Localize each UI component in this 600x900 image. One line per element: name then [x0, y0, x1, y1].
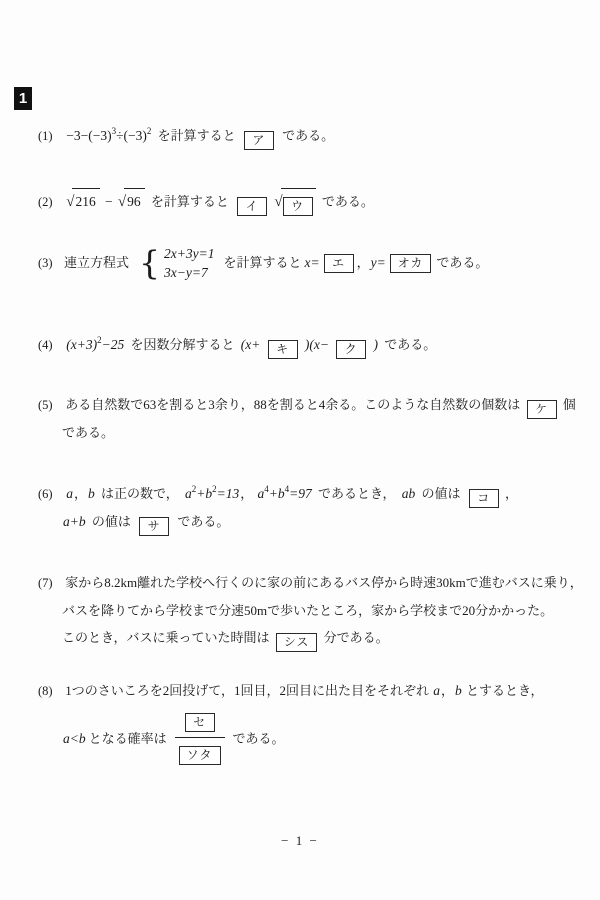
problem-6-text-4: の値は [92, 514, 131, 529]
radicand: 96 [124, 188, 145, 214]
comma: ， [240, 486, 253, 501]
answer-box-ki: キ [268, 340, 298, 359]
problem-8-text-end: である。 [233, 725, 285, 752]
page-number: − 1 − [0, 833, 600, 849]
problem-7-line-1: (7) 家から8.2km離れた学校へ行くのに家の前にあるバス停から時速30kmで… [38, 569, 583, 597]
problem-8-text-3: となる確率は [89, 725, 167, 752]
answer-box-u: ウ [283, 197, 313, 216]
probability-fraction: セ ソタ [175, 708, 225, 768]
problem-4: (4) (x+3)2−25 を因数分解すると (x+ キ )(x− ク ) であ… [38, 333, 438, 359]
comma: ， [505, 486, 518, 501]
answer-box-sa: サ [139, 517, 169, 536]
comma: ， [74, 486, 87, 501]
problem-4-text: を因数分解すると [130, 337, 234, 352]
problem-5-line-2: である。 [38, 419, 576, 446]
expr-part: (x+3) [66, 337, 97, 352]
exam-page: 1 (1) −3−(−3)3÷(−3)2 を計算すると ア である。 (2) √… [0, 0, 600, 900]
answer-box-sota: ソタ [179, 746, 221, 765]
sqrt-216: √216 [66, 188, 99, 214]
exponent: 2 [97, 335, 102, 345]
problem-5-line-1: (5) ある自然数で63を割ると3余り，88を割ると4余る。このような自然数の個… [38, 391, 576, 419]
problem-6-number: (6) [38, 481, 60, 508]
fraction-denominator: ソタ [175, 737, 225, 768]
var-ab: ab [402, 486, 416, 501]
problem-5-unit: 個 [563, 397, 576, 412]
answer-box-ke: ケ [527, 400, 557, 419]
answer-box-ku: ク [336, 340, 366, 359]
factor-left: (x+ [241, 337, 261, 352]
problem-3-number: (3) [38, 251, 60, 275]
equation-system: 2x+3y=1 3x−y=7 [163, 244, 215, 282]
var-a-plus-b: a+b [63, 514, 86, 529]
inequality-a-lt-b: a<b [63, 725, 86, 752]
problem-5-text-end: である。 [62, 425, 114, 440]
problem-4-text-end: である。 [384, 337, 436, 352]
problem-3-text: を計算すると [223, 251, 301, 275]
system-brace-icon: { [139, 244, 160, 282]
sqrt-96: √96 [118, 188, 145, 214]
problem-3: (3) 連立方程式 { 2x+3y=1 3x−y=7 を計算すると x= エ ，… [38, 244, 490, 282]
problem-1-expression: −3−(−3)3÷(−3)2 [66, 128, 151, 143]
problem-2-number: (2) [38, 190, 60, 214]
answer-box-se: セ [185, 713, 215, 732]
problem-7-text-end: 分である。 [324, 630, 389, 645]
problem-5-number: (5) [38, 392, 60, 419]
problem-3-text-end: である。 [436, 251, 488, 275]
problem-6-text-end: である。 [177, 514, 229, 529]
problem-8-text-2: とするとき， [466, 683, 543, 698]
var-b: b [88, 486, 95, 501]
problem-2-text-end: である。 [322, 194, 374, 209]
problem-2-text: を計算すると [151, 194, 229, 209]
expr-part: ÷(−3) [116, 128, 147, 143]
problem-7: (7) 家から8.2km離れた学校へ行くのに家の前にあるバス停から時速30kmで… [38, 569, 583, 652]
factor-mid: )(x− [305, 337, 329, 352]
answer-box-i: イ [237, 197, 267, 216]
problem-1-text: を計算すると [158, 128, 236, 143]
answer-box-a: ア [244, 131, 274, 150]
equation-1: 2x+3y=1 [164, 244, 214, 263]
comma: ， [357, 251, 370, 275]
problem-3-label: 連立方程式 [64, 251, 129, 275]
problem-1-number: (1) [38, 124, 60, 148]
problem-8: (8) 1つのさいころを2回投げて，1回目，2回目に出た目をそれぞれ a，b と… [38, 677, 544, 768]
problem-7-line-3: このとき，バスに乗っていた時間は シス 分である。 [38, 624, 583, 652]
radicand: 216 [72, 188, 99, 214]
problem-1-text-end: である。 [282, 128, 334, 143]
answer-box-oka: オカ [390, 254, 432, 273]
problem-7-text-2: バスを降りてから学校まで分速50mで歩いたところ，家から学校まで20分かかった。 [62, 603, 553, 618]
var-a: a [433, 683, 440, 698]
problem-4-number: (4) [38, 333, 60, 357]
factor-close: ) [373, 337, 378, 352]
problem-1: (1) −3−(−3)3÷(−3)2 を計算すると ア である。 [38, 124, 336, 150]
expr-part: =97 [289, 486, 312, 501]
equation-a2b2: a2+b2=13 [185, 486, 239, 501]
comma: ， [441, 683, 454, 698]
minus-sign: − [105, 194, 113, 209]
y-equals: y= [371, 251, 386, 275]
problem-8-line-1: (8) 1つのさいころを2回投げて，1回目，2回目に出た目をそれぞれ a，b と… [38, 677, 544, 705]
equation-2: 3x−y=7 [164, 263, 214, 282]
expr-part: +b [269, 486, 285, 501]
radicand: ウ [281, 188, 316, 216]
expr-part: =13 [217, 486, 240, 501]
expr-part: +b [196, 486, 212, 501]
problem-7-number: (7) [38, 570, 60, 597]
answer-box-ko: コ [469, 489, 499, 508]
problem-5: (5) ある自然数で63を割ると3余り，88を割ると4余る。このような自然数の個… [38, 391, 576, 446]
problem-5-text: ある自然数で63を割ると3余り，88を割ると4余る。このような自然数の個数は [65, 397, 520, 412]
sqrt-answer: √ウ [274, 188, 315, 216]
equation-a4b4: a4+b4=97 [258, 486, 312, 501]
var-b: b [455, 683, 462, 698]
exponent: 3 [112, 126, 117, 136]
radicand-value: 96 [127, 194, 141, 209]
expr-part: −25 [102, 337, 125, 352]
problem-2: (2) √216 − √96 を計算すると イ √ウ である。 [38, 188, 376, 216]
exponent: 4 [285, 484, 290, 494]
problem-6-text-3: の値は [422, 486, 461, 501]
answer-box-shisu: シス [276, 633, 318, 652]
fraction-numerator: セ [181, 708, 219, 737]
exponent: 4 [264, 484, 269, 494]
problem-8-number: (8) [38, 678, 60, 705]
problem-8-text-1: 1つのさいころを2回投げて，1回目，2回目に出た目をそれぞれ [65, 683, 429, 698]
radicand-value: 216 [75, 194, 95, 209]
var-a: a [66, 486, 73, 501]
section-number-badge: 1 [14, 87, 32, 110]
problem-6-text-2: であるとき， [318, 486, 395, 501]
problem-7-text-3: このとき，バスに乗っていた時間は [62, 630, 269, 645]
answer-box-e: エ [324, 254, 354, 273]
exponent: 2 [147, 126, 152, 136]
problem-8-line-2: a<b となる確率は セ ソタ である。 [38, 708, 544, 768]
problem-6: (6) a，b は正の数で， a2+b2=13， a4+b4=97 であるとき，… [38, 480, 518, 536]
problem-7-text-1: 家から8.2km離れた学校へ行くのに家の前にあるバス停から時速30kmで進むバス… [65, 575, 582, 590]
problem-4-expression: (x+3)2−25 [66, 337, 124, 352]
exponent: 2 [192, 484, 197, 494]
problem-7-line-2: バスを降りてから学校まで分速50mで歩いたところ，家から学校まで20分かかった。 [38, 597, 583, 624]
section-number: 1 [19, 90, 27, 107]
problem-6-line-2: a+b の値は サ である。 [38, 508, 518, 536]
problem-6-line-1: (6) a，b は正の数で， a2+b2=13， a4+b4=97 であるとき，… [38, 480, 518, 508]
expr-part: a [185, 486, 192, 501]
problem-6-text-1: は正の数で， [101, 486, 179, 501]
expr-part: −3−(−3) [66, 128, 111, 143]
x-equals: x= [305, 251, 320, 275]
exponent: 2 [212, 484, 217, 494]
